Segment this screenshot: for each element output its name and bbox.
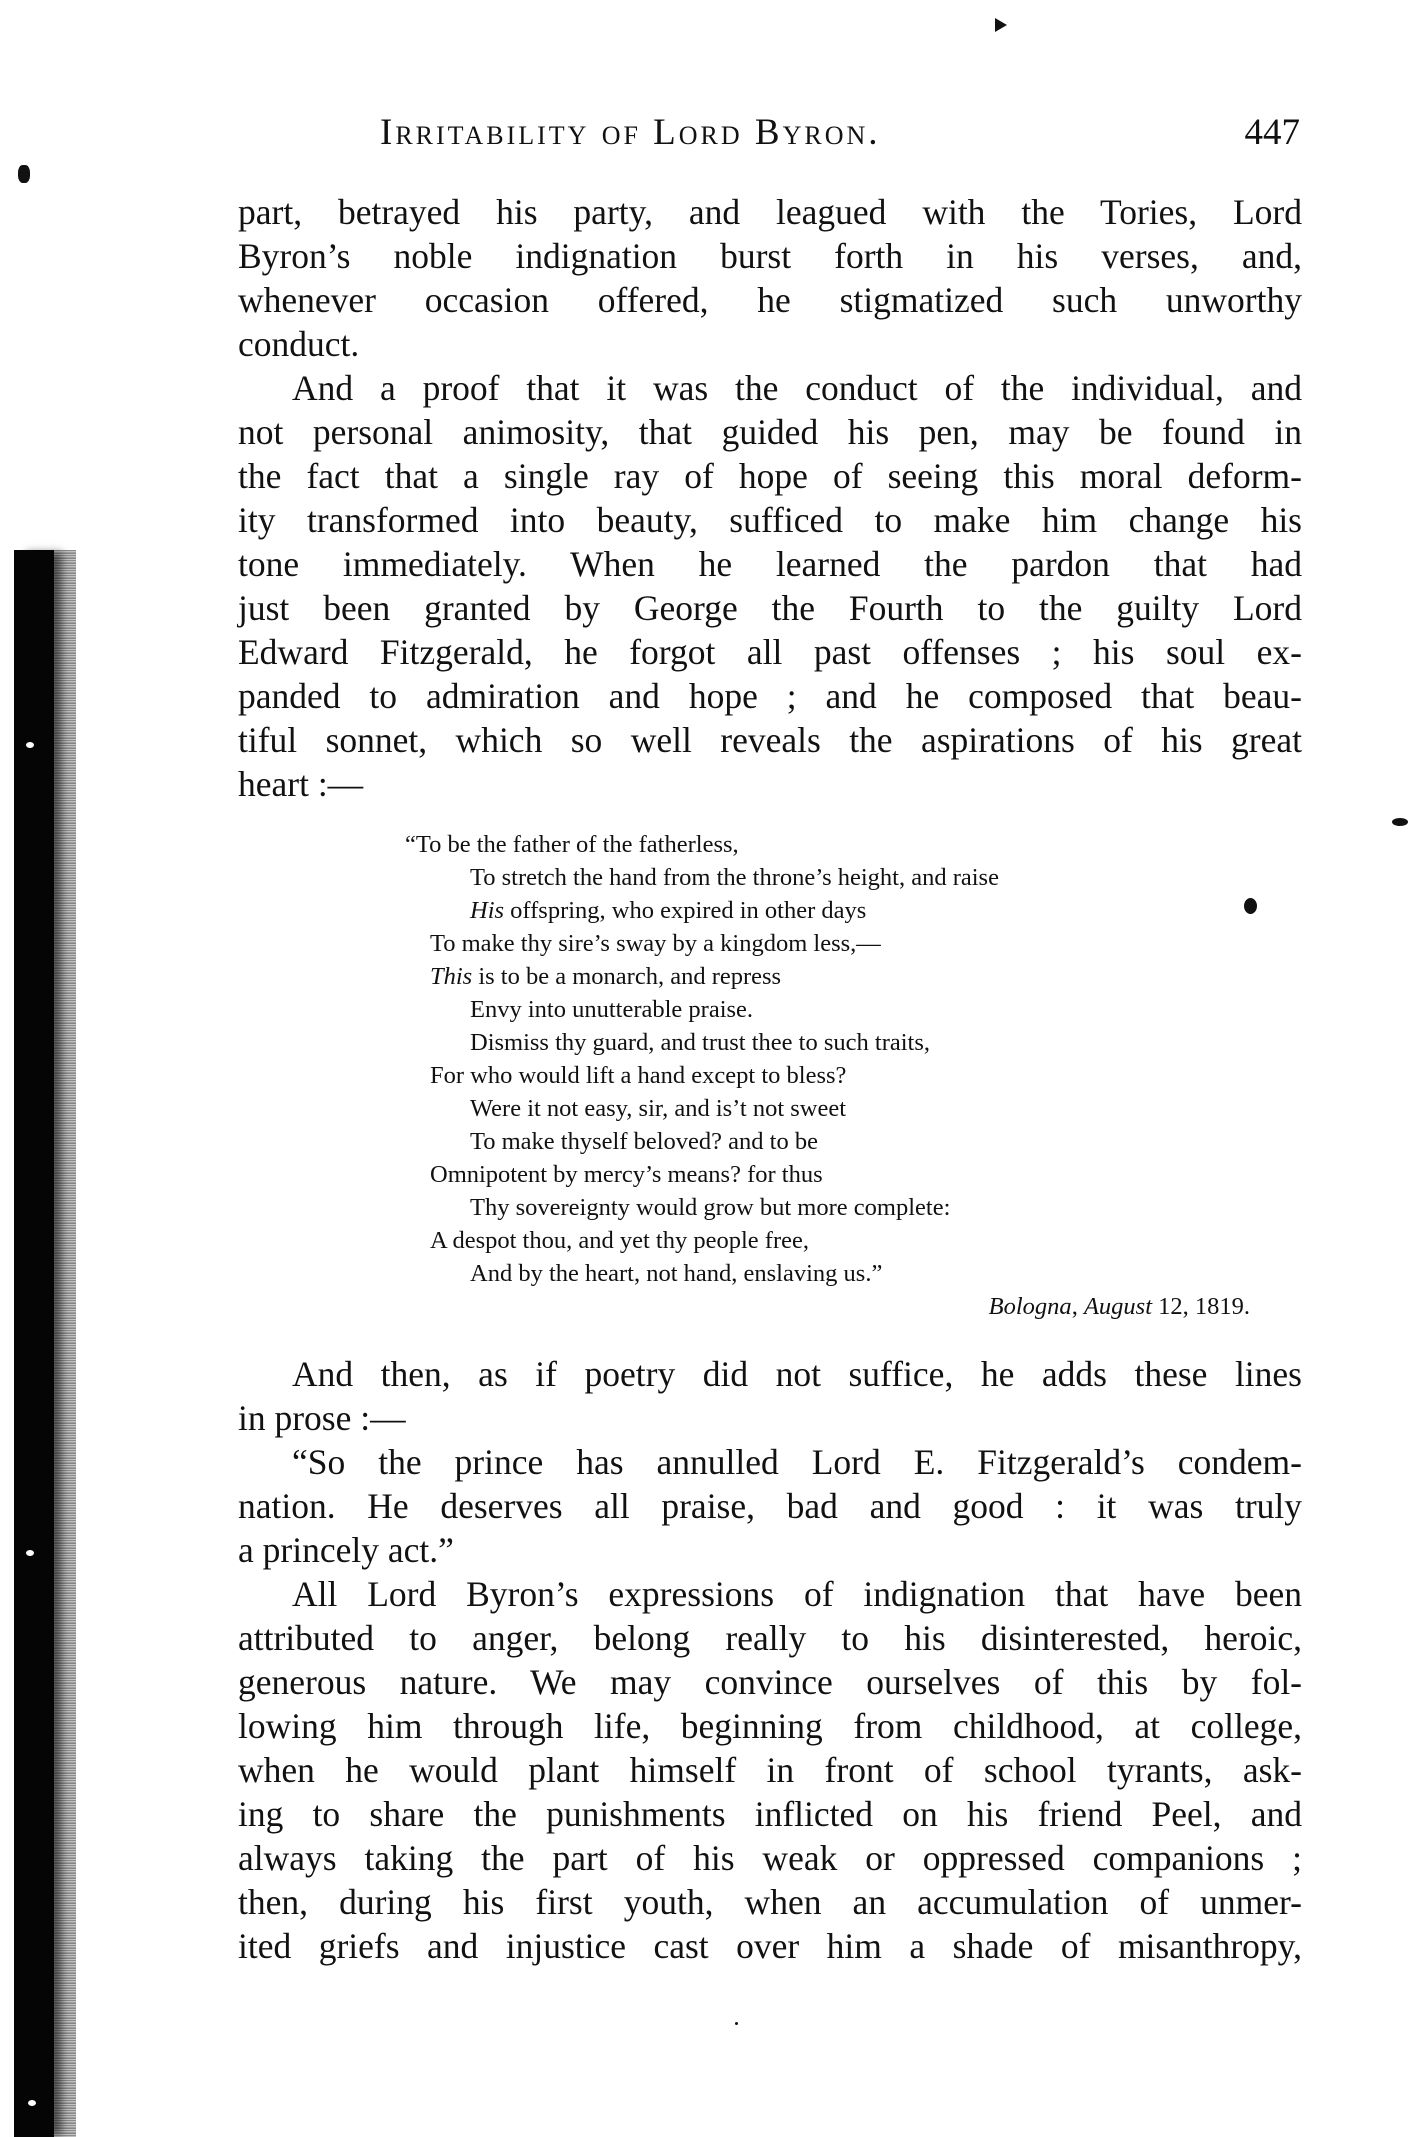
text-line: just been granted by George the Fourth t… [238, 586, 1302, 630]
text-line: when he would plant himself in front of … [238, 1748, 1302, 1792]
binding-shadow [14, 550, 54, 2137]
text-line: then, during his first youth, when an ac… [238, 1880, 1302, 1924]
poem-line: To stretch the hand from the throne’s he… [405, 861, 1255, 894]
poem-line: Envy into unutterable praise. [405, 993, 1255, 1026]
text-line: tone immediately. When he learned the pa… [238, 542, 1302, 586]
scan-speck [28, 2100, 36, 2106]
poem-line: A despot thou, and yet thy people free, [405, 1224, 1255, 1257]
text-line: “So the prince has annulled Lord E. Fitz… [238, 1440, 1302, 1484]
poem-line: Omnipotent by mercy’s means? for thus [405, 1158, 1255, 1191]
text-line: always taking the part of his weak or op… [238, 1836, 1302, 1880]
text-line: whenever occasion offered, he stigmatize… [238, 278, 1302, 322]
running-title: Irritability of Lord Byron. [380, 108, 881, 158]
poem-line: “To be the father of the fatherless, [405, 828, 1255, 861]
scan-speck [26, 1550, 34, 1556]
poem-line: This is to be a monarch, and repress [405, 960, 1255, 993]
poem-line: Thy sovereignty would grow but more comp… [405, 1191, 1255, 1224]
text-line: nation. He deserves all praise, bad and … [238, 1484, 1302, 1528]
poem-line: To make thy sire’s sway by a kingdom les… [405, 927, 1255, 960]
text-line: the fact that a single ray of hope of se… [238, 454, 1302, 498]
book-page: Irritability of Lord Byron. 447 part, be… [0, 0, 1423, 2137]
text-line: in prose :— [238, 1396, 1302, 1440]
poem-line: And by the heart, not hand, enslaving us… [405, 1257, 1255, 1290]
text-line: And then, as if poetry did not suffice, … [238, 1352, 1302, 1396]
text-line: conduct. [238, 322, 1302, 366]
scan-speck [26, 742, 34, 748]
scan-mark-arrow [995, 18, 1007, 32]
text-line: panded to admiration and hope ; and he c… [238, 674, 1302, 718]
text-line: a princely act.” [238, 1528, 1302, 1572]
paragraph: And a proof that it was the conduct of t… [238, 366, 1302, 806]
text-line: Edward Fitzgerald, he forgot all past of… [238, 630, 1302, 674]
scan-speck [1392, 818, 1408, 826]
text-line: not personal animosity, that guided his … [238, 410, 1302, 454]
poem-line: For who would lift a hand except to bles… [405, 1059, 1255, 1092]
text-line: tiful sonnet, which so well reveals the … [238, 718, 1302, 762]
paragraph: All Lord Byron’s expressions of indignat… [238, 1572, 1302, 1968]
paragraph: And then, as if poetry did not suffice, … [238, 1352, 1302, 1440]
poem-signature: Bologna, August 12, 1819. [989, 1290, 1250, 1323]
poem-line: His offspring, who expired in other days [405, 894, 1255, 927]
text-line: All Lord Byron’s expressions of indignat… [238, 1572, 1302, 1616]
page-number: 447 [1245, 108, 1301, 158]
text-line: generous nature. We may convince ourselv… [238, 1660, 1302, 1704]
text-line: Byron’s noble indignation burst forth in… [238, 234, 1302, 278]
scan-speck [735, 2022, 738, 2025]
scan-speck [18, 165, 30, 183]
text-line: attributed to anger, belong really to hi… [238, 1616, 1302, 1660]
text-line: part, betrayed his party, and leagued wi… [238, 190, 1302, 234]
text-line: heart :— [238, 762, 1302, 806]
paragraph: part, betrayed his party, and leagued wi… [238, 190, 1302, 366]
text-line: ing to share the punishments inflicted o… [238, 1792, 1302, 1836]
text-line: lowing him through life, beginning from … [238, 1704, 1302, 1748]
text-line: ited griefs and injustice cast over him … [238, 1924, 1302, 1968]
text-line: And a proof that it was the conduct of t… [238, 366, 1302, 410]
paragraph: “So the prince has annulled Lord E. Fitz… [238, 1440, 1302, 1572]
text-line: ity transformed into beauty, sufficed to… [238, 498, 1302, 542]
poem-line: Were it not easy, sir, and is’t not swee… [405, 1092, 1255, 1125]
poem-line: To make thyself beloved? and to be [405, 1125, 1255, 1158]
poem-line: Dismiss thy guard, and trust thee to suc… [405, 1026, 1255, 1059]
running-header: Irritability of Lord Byron. 447 [380, 108, 1300, 158]
sonnet-quote: “To be the father of the fatherless, To … [405, 828, 1255, 1290]
